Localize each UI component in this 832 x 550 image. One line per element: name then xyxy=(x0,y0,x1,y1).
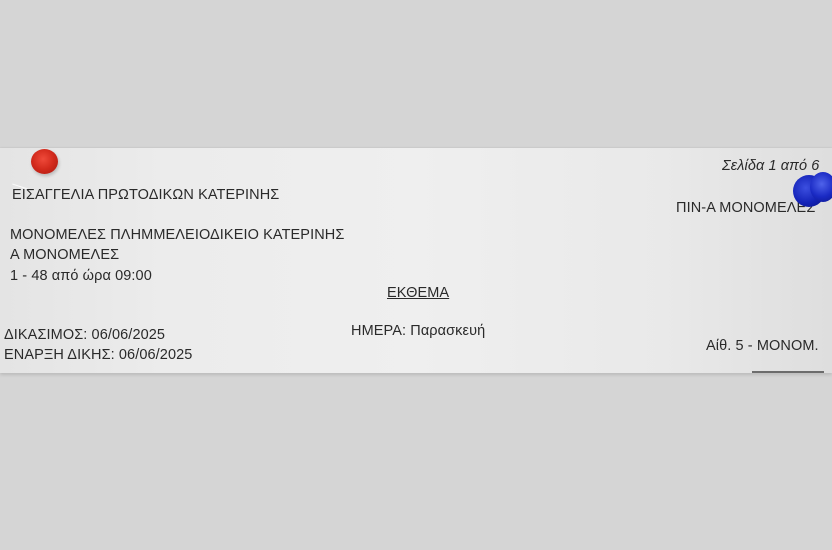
day-of-week: ΗΜΕΡΑ: Παρασκευή xyxy=(351,323,485,339)
list-code: ΠΙΝ-Α ΜΟΝΟΜΕΛΕΣ xyxy=(676,200,815,216)
case-range: 1 - 48 από ώρα 09:00 xyxy=(10,268,152,284)
court-section: Α ΜΟΝΟΜΕΛΕΣ xyxy=(10,247,119,263)
photo-background: ΕΙΣΑΓΓΕΛΙΑ ΠΡΩΤΟΔΙΚΩΝ ΚΑΤΕΡΙΝΗΣ Σελίδα 1… xyxy=(0,0,832,550)
prosecutor-office-heading: ΕΙΣΑΓΓΕΛΙΑ ΠΡΩΤΟΔΙΚΩΝ ΚΑΤΕΡΙΝΗΣ xyxy=(12,187,279,203)
blue-pushpin-head-icon xyxy=(810,172,832,202)
page-indicator: Σελίδα 1 από 6 xyxy=(722,158,819,174)
courtroom: Αίθ. 5 - ΜΟΝΟΜ. xyxy=(706,338,819,354)
document-title: ΕΚΘΕΜΑ xyxy=(387,285,449,301)
session-date: ΔΙΚΑΣΙΜΟΣ: 06/06/2025 xyxy=(4,327,165,343)
red-pushpin-icon xyxy=(31,149,58,174)
paper-edge-line xyxy=(752,371,824,373)
trial-start-date: ΕΝΑΡΞΗ ΔΙΚΗΣ: 06/06/2025 xyxy=(4,347,192,363)
court-name: ΜΟΝΟΜΕΛΕΣ ΠΛΗΜΜΕΛΕΙΟΔΙΚΕΙΟ ΚΑΤΕΡΙΝΗΣ xyxy=(10,227,344,243)
